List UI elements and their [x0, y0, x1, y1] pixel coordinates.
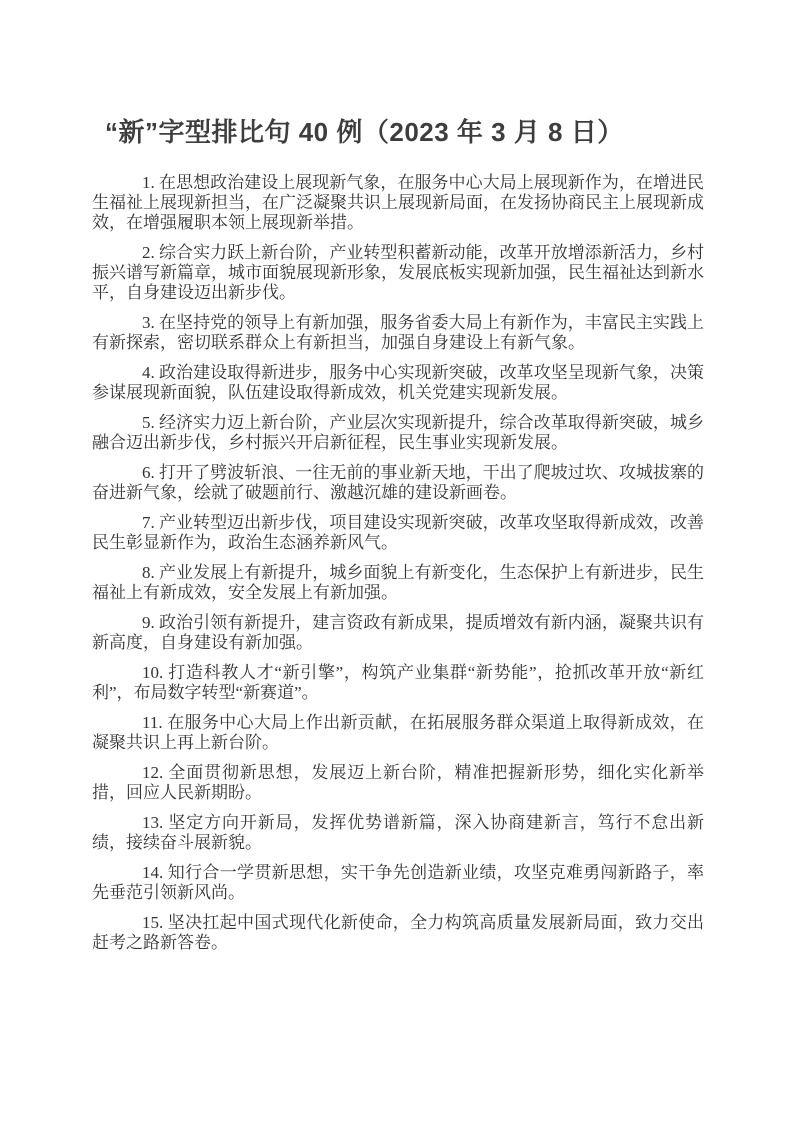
- paragraph: 7. 产业转型迈出新步伐，项目建设实现新突破，改革攻坚取得新成效，改善民生彰显新…: [92, 513, 704, 553]
- document-body: 1. 在思想政治建设上展现新气象，在服务中心大局上展现新作为，在增进民生福祉上展…: [92, 173, 704, 953]
- paragraph: 3. 在坚持党的领导上有新加强，服务省委大局上有新作为，丰富民主实践上有新探索，…: [92, 313, 704, 353]
- paragraph: 14. 知行合一学贯新思想，实干争先创造新业绩，攻坚克难勇闯新路子，率先垂范引领…: [92, 863, 704, 903]
- document-title: “新”字型排比句 40 例（2023 年 3 月 8 日）: [0, 0, 793, 149]
- paragraph: 11. 在服务中心大局上作出新贡献，在拓展服务群众渠道上取得新成效，在凝聚共识上…: [92, 713, 704, 753]
- paragraph: 1. 在思想政治建设上展现新气象，在服务中心大局上展现新作为，在增进民生福祉上展…: [92, 173, 704, 233]
- paragraph: 4. 政治建设取得新进步，服务中心实现新突破，改革攻坚呈现新气象，决策参谋展现新…: [92, 363, 704, 403]
- document-page: “新”字型排比句 40 例（2023 年 3 月 8 日） 1. 在思想政治建设…: [0, 0, 793, 1122]
- paragraph: 15. 坚决扛起中国式现代化新使命，全力构筑高质量发展新局面，致力交出赶考之路新…: [92, 913, 704, 953]
- paragraph: 9. 政治引领有新提升，建言资政有新成果，提质增效有新内涵，凝聚共识有新高度，自…: [92, 613, 704, 653]
- paragraph: 5. 经济实力迈上新台阶，产业层次实现新提升，综合改革取得新突破，城乡融合迈出新…: [92, 413, 704, 453]
- paragraph: 12. 全面贯彻新思想，发展迈上新台阶，精准把握新形势，细化实化新举措，回应人民…: [92, 763, 704, 803]
- paragraph: 10. 打造科教人才“新引擎”，构筑产业集群“新势能”，抢抓改革开放“新红利”，…: [92, 663, 704, 703]
- paragraph: 8. 产业发展上有新提升，城乡面貌上有新变化，生态保护上有新进步，民生福祉上有新…: [92, 563, 704, 603]
- paragraph: 13. 坚定方向开新局，发挥优势谱新篇，深入协商建新言，笃行不怠出新绩，接续奋斗…: [92, 813, 704, 853]
- paragraph: 2. 综合实力跃上新台阶，产业转型积蓄新动能，改革开放增添新活力，乡村振兴谱写新…: [92, 243, 704, 303]
- paragraph: 6. 打开了劈波斩浪、一往无前的事业新天地，干出了爬坡过坎、攻城拔寨的奋进新气象…: [92, 463, 704, 503]
